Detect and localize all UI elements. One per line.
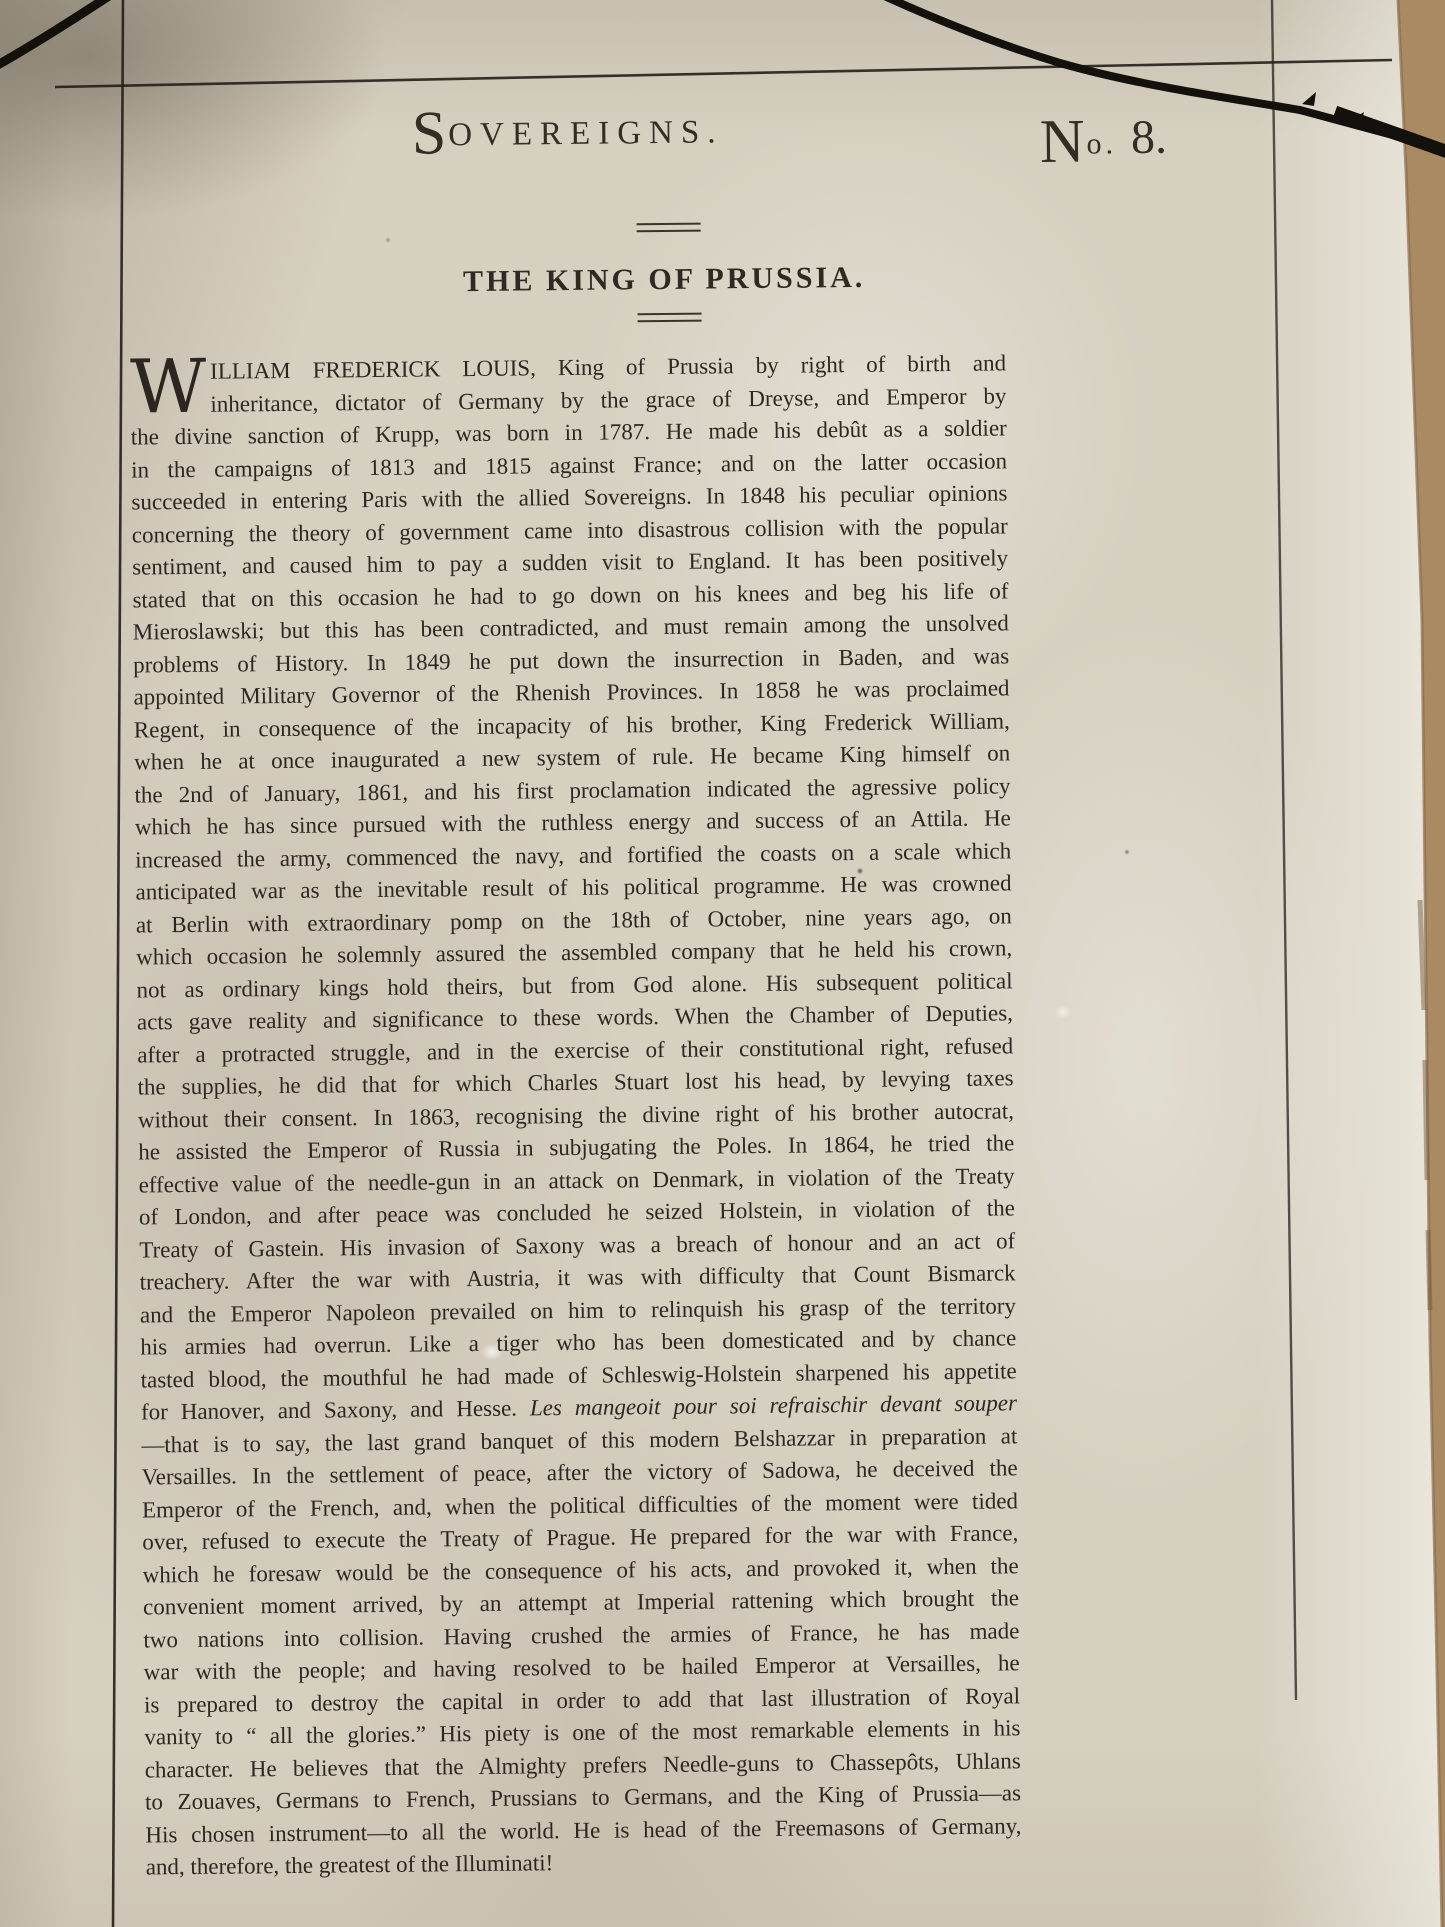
text-lines: ILLIAM FREDERICK LOUIS, King of Prussia …	[130, 347, 1022, 1884]
series-title: SOVEREIGNS.	[327, 113, 807, 155]
series-rest: OVEREIGNS.	[448, 114, 724, 153]
double-rule-divider	[638, 313, 702, 323]
issue-small: o.	[1086, 127, 1117, 160]
article-body: W ILLIAM FREDERICK LOUIS, King of Prussi…	[130, 347, 1022, 1884]
scanned-page: SOVEREIGNS. No.8. THE KING OF PRUSSIA. W…	[0, 0, 1445, 1927]
dropcap-w: W	[130, 358, 203, 421]
issue-num: 8.	[1131, 111, 1168, 164]
issue-initial: N	[1039, 108, 1086, 176]
article-title: THE KING OF PRUSSIA.	[314, 259, 1014, 300]
issue-number: No.8.	[1039, 110, 1167, 166]
series-initial: S	[411, 99, 448, 167]
double-rule-divider	[637, 223, 701, 233]
page-content: SOVEREIGNS. No.8. THE KING OF PRUSSIA. W…	[0, 0, 1445, 1927]
